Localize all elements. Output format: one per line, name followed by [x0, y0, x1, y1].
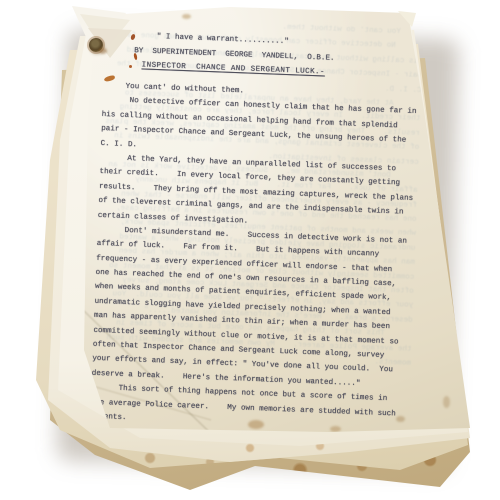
- rust-halo: [99, 48, 107, 54]
- foxing-stain: [248, 420, 264, 429]
- foxing-stain: [182, 14, 191, 19]
- photo-canvas: You cant' do without them. No detective …: [0, 0, 500, 500]
- foxing-stain: [330, 426, 341, 432]
- foxing-stain: [396, 416, 405, 422]
- typed-text-block: " I have a warrant.........." BY SUPERIN…: [90, 28, 427, 436]
- manuscript-heading-underlined: INSPECTOR CHANCE AND SERGEANT LUCK.-: [141, 61, 325, 76]
- manuscript-body: You cant' do without them. No detective …: [90, 79, 425, 436]
- foxing-stain: [443, 396, 450, 408]
- rust-speck: [129, 65, 132, 68]
